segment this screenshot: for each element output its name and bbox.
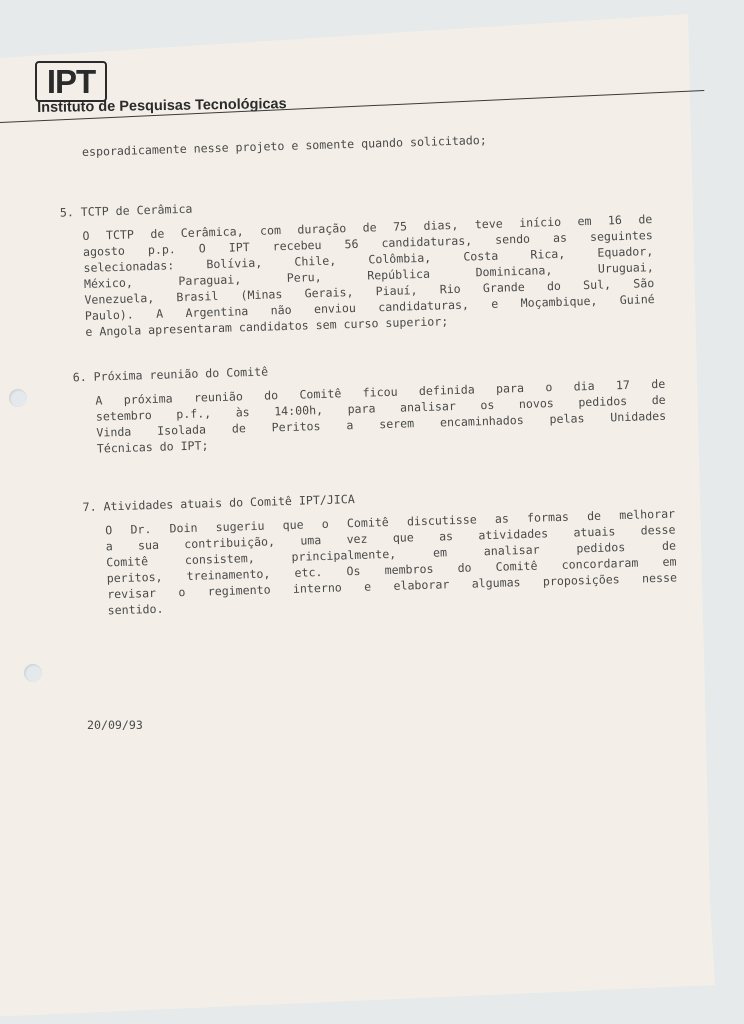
paragraph-line: sentido. (107, 602, 163, 619)
punch-hole (9, 389, 27, 407)
logo-text: IPT (47, 65, 95, 98)
paragraph-line: Técnicas do IPT; (97, 438, 209, 457)
ipt-logo: IPT (35, 61, 107, 102)
punch-hole (24, 664, 42, 682)
document-date: 20/09/93 (87, 718, 143, 732)
